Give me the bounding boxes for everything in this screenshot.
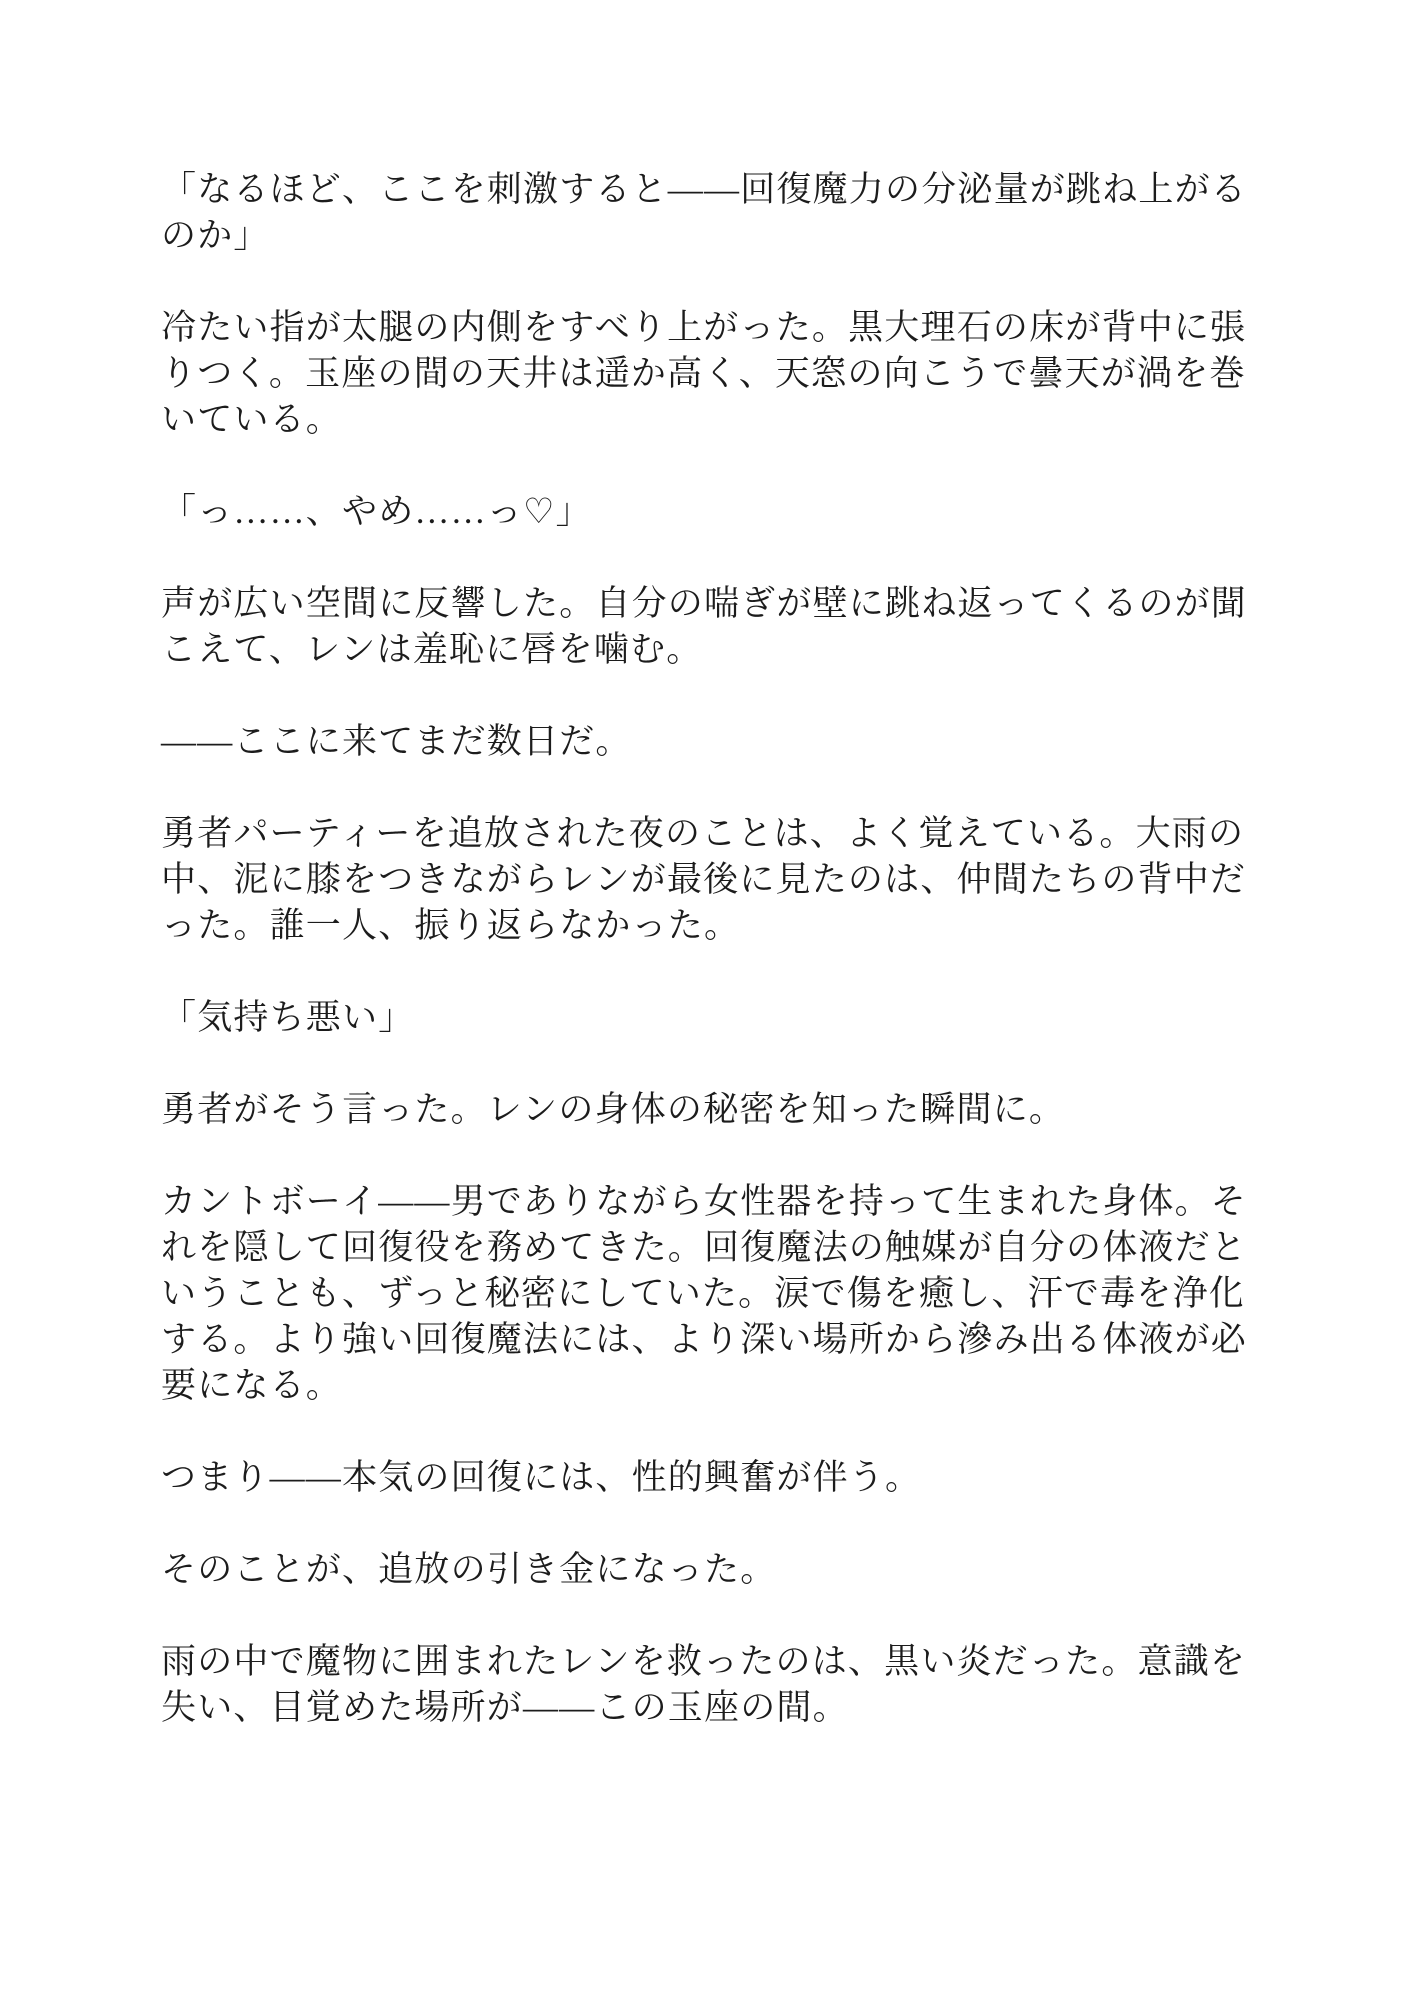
text-line: いうことも、ずっと秘密にしていた。涙で傷を癒し、汗で毒を浄化 [161, 1271, 1261, 1317]
narration-paragraph: 冷たい指が太腿の内側をすべり上がった。黒大理石の床が背中に張りつく。玉座の間の天… [161, 305, 1261, 443]
text-line: カントボーイ——男でありながら女性器を持って生まれた身体。そ [161, 1179, 1261, 1225]
text-line: つまり——本気の回復には、性的興奮が伴う。 [161, 1455, 1261, 1501]
text-line: いている。 [161, 397, 1261, 443]
text-line: そのことが、追放の引き金になった。 [161, 1547, 1261, 1593]
dialogue-paragraph: 「なるほど、ここを刺激すると——回復魔力の分泌量が跳ね上がるのか」 [161, 167, 1261, 259]
text-body: 「なるほど、ここを刺激すると——回復魔力の分泌量が跳ね上がるのか」冷たい指が太腿… [161, 167, 1261, 1731]
narration-paragraph: そのことが、追放の引き金になった。 [161, 1547, 1261, 1593]
text-line: 声が広い空間に反響した。自分の喘ぎが壁に跳ね返ってくるのが聞 [161, 581, 1261, 627]
dialogue-paragraph: 「っ……、やめ……っ♡」 [161, 489, 1261, 535]
narration-paragraph: ——ここに来てまだ数日だ。 [161, 719, 1261, 765]
narration-paragraph: カントボーイ——男でありながら女性器を持って生まれた身体。それを隠して回復役を務… [161, 1179, 1261, 1409]
narration-paragraph: つまり——本気の回復には、性的興奮が伴う。 [161, 1455, 1261, 1501]
text-line: れを隠して回復役を務めてきた。回復魔法の触媒が自分の体液だと [161, 1225, 1261, 1271]
text-line: 失い、目覚めた場所が——この玉座の間。 [161, 1685, 1261, 1731]
text-line: こえて、レンは羞恥に唇を噛む。 [161, 627, 1261, 673]
text-line: りつく。玉座の間の天井は遥か高く、天窓の向こうで曇天が渦を巻 [161, 351, 1261, 397]
narration-paragraph: 雨の中で魔物に囲まれたレンを救ったのは、黒い炎だった。意識を失い、目覚めた場所が… [161, 1639, 1261, 1731]
text-line: 「気持ち悪い」 [161, 995, 1261, 1041]
text-line: 要になる。 [161, 1363, 1261, 1409]
narration-paragraph: 勇者パーティーを追放された夜のことは、よく覚えている。大雨の中、泥に膝をつきなが… [161, 811, 1261, 949]
document-page: 「なるほど、ここを刺激すると——回復魔力の分泌量が跳ね上がるのか」冷たい指が太腿… [0, 0, 1415, 2000]
text-line: 中、泥に膝をつきながらレンが最後に見たのは、仲間たちの背中だ [161, 857, 1261, 903]
text-line: 雨の中で魔物に囲まれたレンを救ったのは、黒い炎だった。意識を [161, 1639, 1261, 1685]
text-line: 「なるほど、ここを刺激すると——回復魔力の分泌量が跳ね上がる [161, 167, 1261, 213]
text-line: する。より強い回復魔法には、より深い場所から滲み出る体液が必 [161, 1317, 1261, 1363]
dialogue-paragraph: 「気持ち悪い」 [161, 995, 1261, 1041]
text-line: 勇者がそう言った。レンの身体の秘密を知った瞬間に。 [161, 1087, 1261, 1133]
text-line: 勇者パーティーを追放された夜のことは、よく覚えている。大雨の [161, 811, 1261, 857]
text-line: ——ここに来てまだ数日だ。 [161, 719, 1261, 765]
text-line: った。誰一人、振り返らなかった。 [161, 903, 1261, 949]
narration-paragraph: 勇者がそう言った。レンの身体の秘密を知った瞬間に。 [161, 1087, 1261, 1133]
narration-paragraph: 声が広い空間に反響した。自分の喘ぎが壁に跳ね返ってくるのが聞こえて、レンは羞恥に… [161, 581, 1261, 673]
text-line: 「っ……、やめ……っ♡」 [161, 489, 1261, 535]
text-line: のか」 [161, 213, 1261, 259]
text-line: 冷たい指が太腿の内側をすべり上がった。黒大理石の床が背中に張 [161, 305, 1261, 351]
